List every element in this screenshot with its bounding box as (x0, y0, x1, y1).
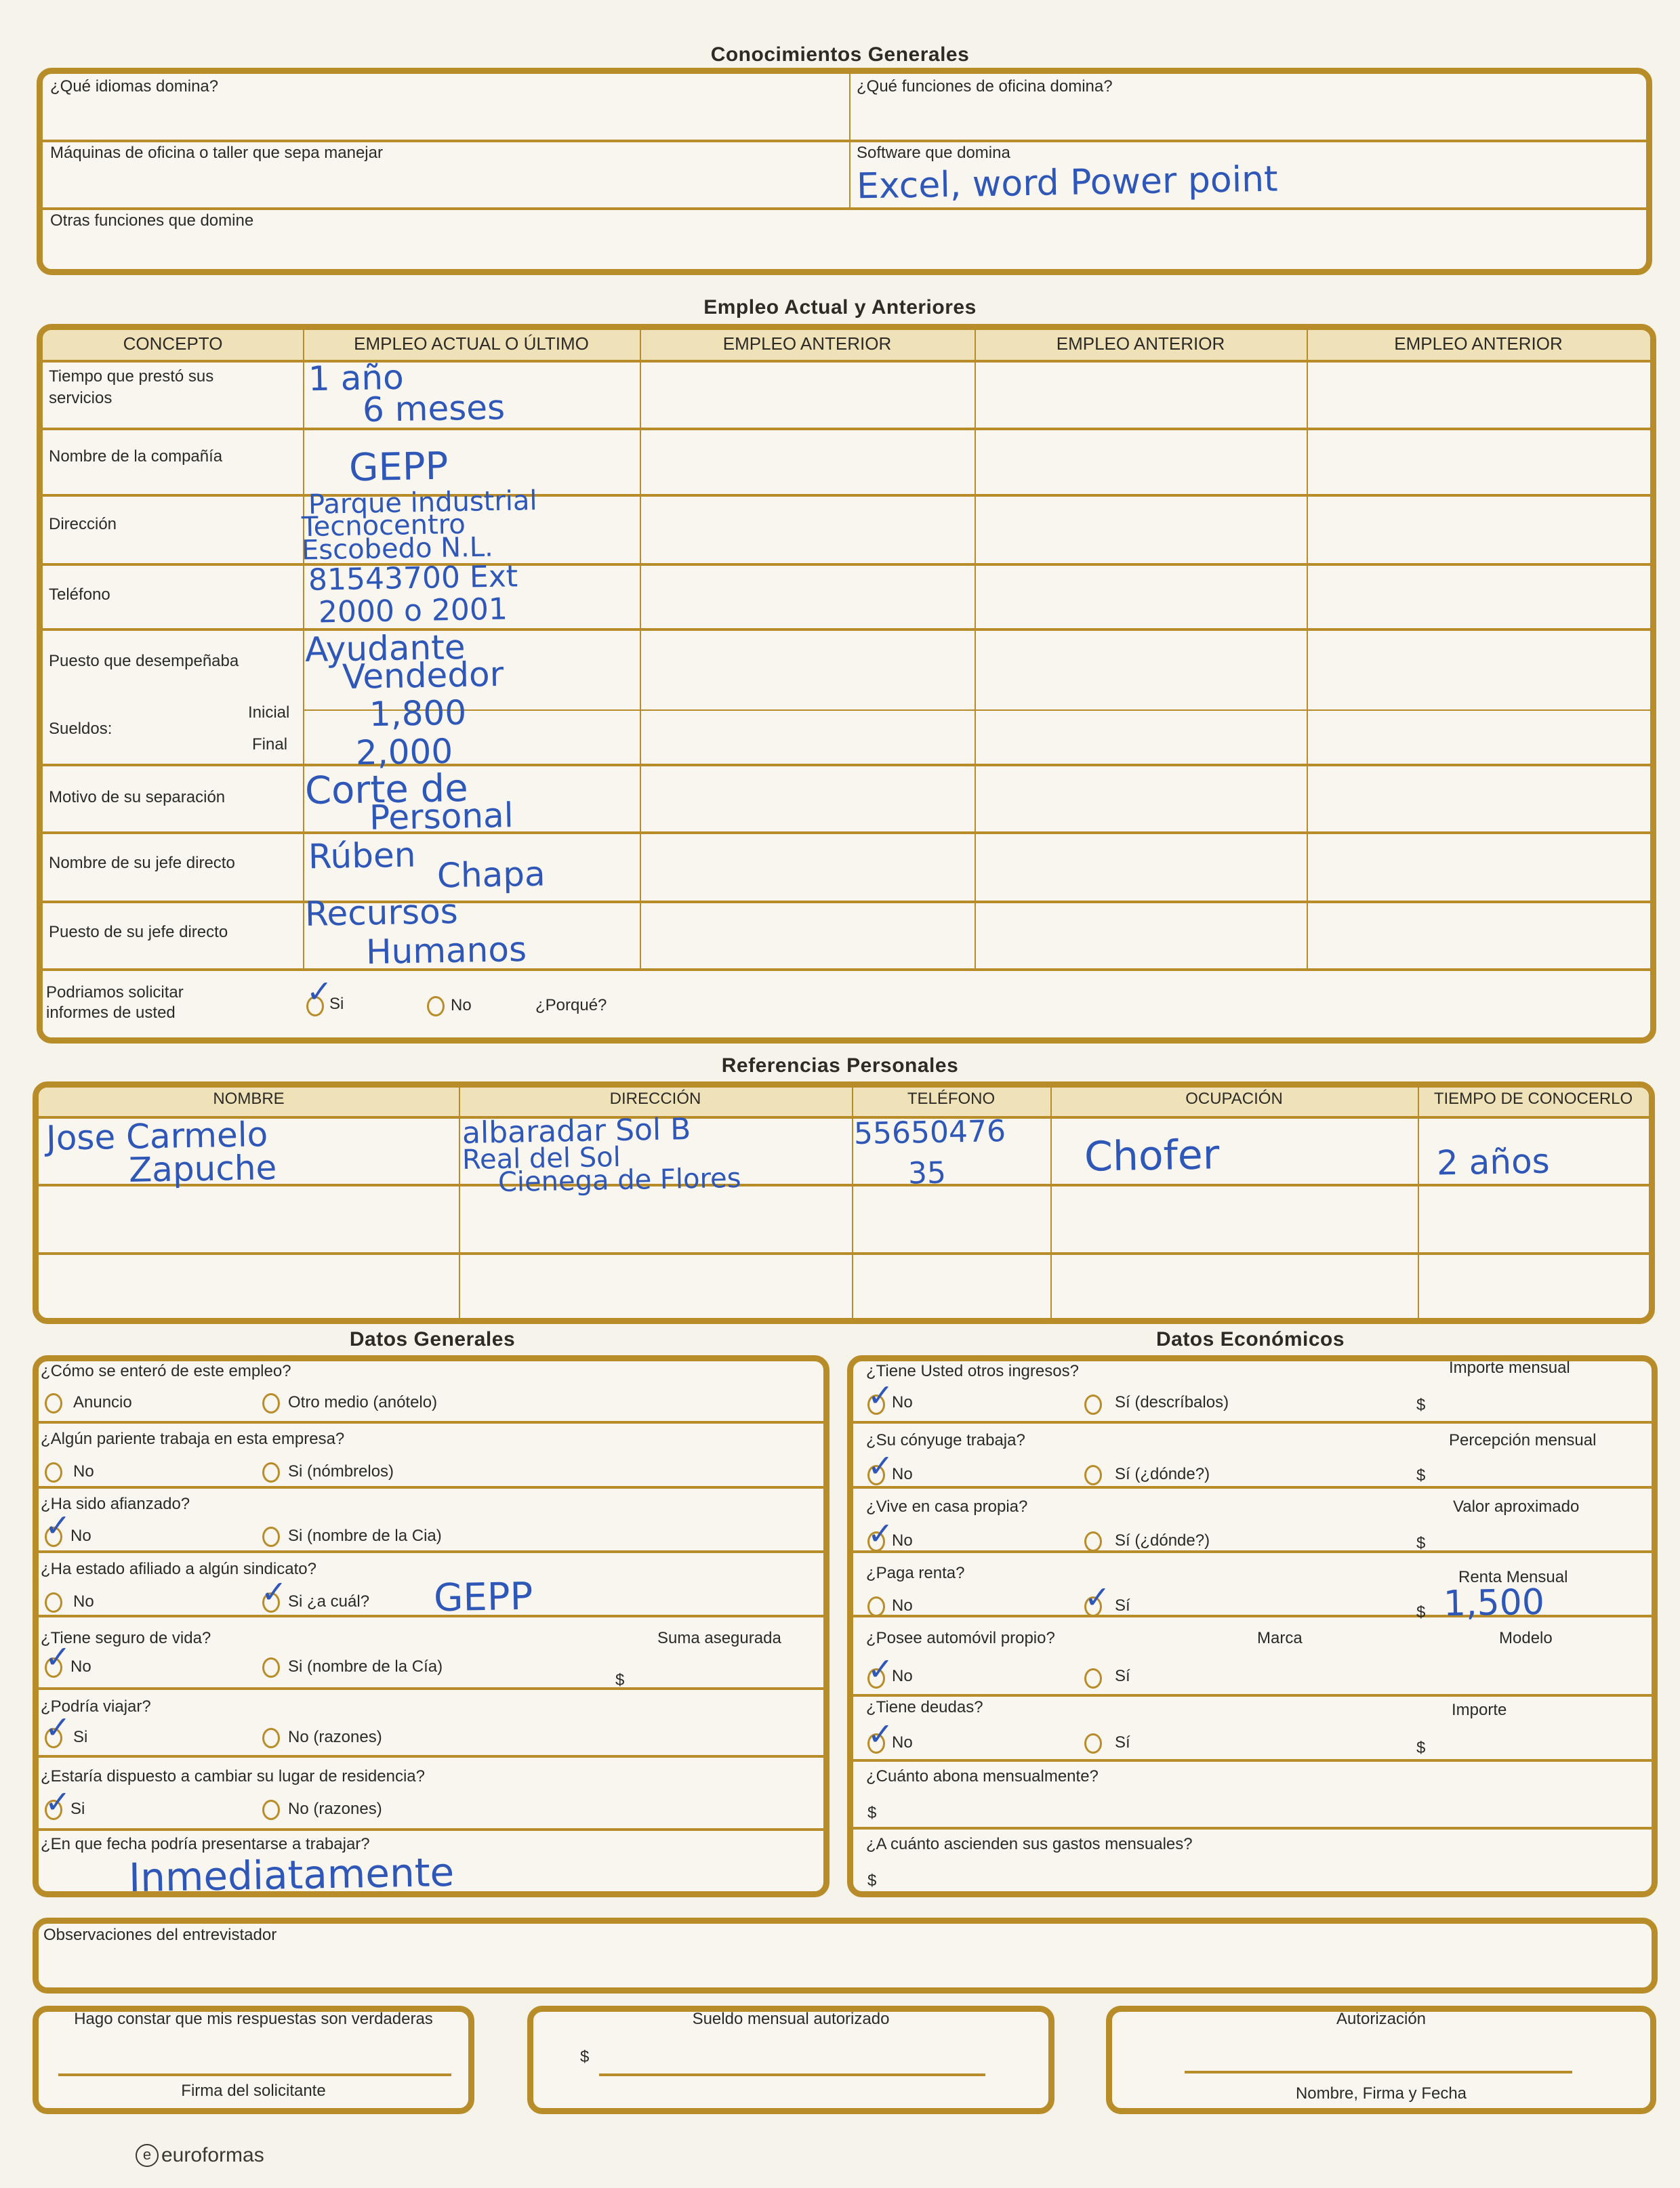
th-empleo-anterior-1: EMPLEO ANTERIOR (640, 333, 975, 354)
row-label-tiempo: Tiempo que prestó sus servicios (49, 366, 252, 409)
ref-1-telefono-line1[interactable]: 55650476 (854, 1117, 1006, 1149)
gen-q5-currency: $ (615, 1671, 624, 1690)
gen-q4-sindicato-value[interactable]: GEPP (434, 1578, 533, 1618)
otras-funciones-label: Otras funciones que domine (50, 211, 253, 230)
eco-q5-si-radio[interactable] (1084, 1668, 1102, 1689)
gen-q3-si-radio[interactable] (262, 1527, 280, 1547)
divider (42, 207, 1647, 210)
th-tiempo-conocerlo: TIEMPO DE CONOCERLO (1418, 1090, 1649, 1109)
eco-q8-label: ¿A cuánto ascienden sus gastos mensuales… (866, 1835, 1193, 1854)
eco-q5-si-label: Sí (1115, 1667, 1130, 1686)
ref-1-direccion-line3[interactable]: Cienega de Flores (498, 1165, 741, 1196)
euroformas-brand: euroformas (161, 2144, 264, 2167)
section-title-referencias: Referencias Personales (0, 1054, 1680, 1077)
divider (853, 1694, 1652, 1697)
gen-q3-no-check-icon: ✓ (45, 1510, 71, 1541)
gen-q6-si-check-icon: ✓ (45, 1712, 71, 1743)
eco-q6-no-label: No (892, 1733, 913, 1752)
eco-q5-marca-label: Marca (1257, 1629, 1303, 1648)
autorizacion-line (1185, 2071, 1572, 2073)
divider (853, 1486, 1652, 1489)
divider (39, 1687, 823, 1690)
divider (39, 1828, 823, 1831)
empleo-table (37, 324, 1656, 1044)
section-title-generales: Datos Generales (33, 1328, 832, 1351)
divider (853, 1421, 1652, 1424)
gen-q3-si-label: Si (nombre de la Cia) (288, 1527, 442, 1546)
sueldo-final-value[interactable]: 2,000 (356, 735, 453, 770)
firma-solicitante-line (58, 2073, 451, 2076)
eco-q6-si-label: Sí (1115, 1733, 1130, 1752)
divider (640, 330, 641, 970)
eco-q1-currency: $ (1416, 1396, 1425, 1415)
row-label-informes: Podriamos solicitar informes de usted (46, 983, 236, 1023)
divider (43, 968, 1650, 971)
eco-q3-no-label: No (892, 1531, 913, 1550)
divider (459, 1088, 460, 1318)
sueldo-autorizado-title: Sueldo mensual autorizado (527, 2010, 1054, 2029)
gen-q5-suma-label: Suma asegurada (657, 1629, 781, 1648)
idiomas-label: ¿Qué idiomas domina? (50, 77, 218, 96)
eco-q4-si-check-icon: ✓ (1084, 1582, 1111, 1613)
gen-q4-si-check-icon: ✓ (261, 1576, 287, 1607)
divider (43, 428, 1650, 430)
ref-1-ocupacion[interactable]: Chofer (1084, 1134, 1219, 1177)
row-label-telefono: Teléfono (49, 585, 110, 604)
gen-q1-otro-radio[interactable] (262, 1393, 280, 1413)
gen-q7-si-check-icon: ✓ (45, 1786, 71, 1817)
autorizacion-caption: Nombre, Firma y Fecha (1106, 2084, 1656, 2103)
eco-q2-percepcion-label: Percepción mensual (1449, 1431, 1596, 1450)
divider (39, 1252, 1649, 1255)
software-value[interactable]: Excel, word Power point (857, 162, 1278, 205)
divider (43, 494, 1650, 497)
eco-q5-modelo-label: Modelo (1499, 1629, 1553, 1648)
compania-value[interactable]: GEPP (349, 448, 449, 488)
software-label: Software que domina (857, 144, 1010, 163)
maquinas-label: Máquinas de oficina o taller que sepa ma… (50, 144, 383, 163)
eco-q6-currency: $ (1416, 1739, 1425, 1758)
gen-q4-no-label: No (73, 1592, 94, 1611)
divider (39, 1550, 823, 1553)
eco-q4-no-radio[interactable] (867, 1596, 885, 1617)
divider (43, 901, 1650, 903)
divider (853, 1827, 1652, 1830)
eco-q2-si-label: Sí (¿dónde?) (1115, 1465, 1210, 1484)
th-empleo-anterior-2: EMPLEO ANTERIOR (975, 333, 1307, 354)
firma-solicitante-caption: Firma del solicitante (33, 2082, 474, 2101)
eco-q4-label: ¿Paga renta? (866, 1564, 964, 1583)
informes-si-label: Si (329, 995, 344, 1014)
gen-q1-otro-label: Otro medio (anótelo) (288, 1393, 437, 1412)
divider (39, 1486, 823, 1489)
eco-q1-no-check-icon: ✓ (867, 1380, 894, 1411)
tiempo-line2[interactable]: 6 meses (363, 390, 506, 427)
gen-q4-no-radio[interactable] (45, 1592, 62, 1613)
ref-1-telefono-line2[interactable]: 35 (908, 1159, 947, 1189)
gen-q7-si-label: Si (70, 1800, 85, 1819)
divider (43, 831, 1650, 834)
eco-q1-label: ¿Tiene Usted otros ingresos? (866, 1362, 1079, 1381)
th-empleo-actual: EMPLEO ACTUAL O ÚLTIMO (303, 333, 640, 354)
gen-q7-no-radio[interactable] (262, 1800, 280, 1820)
gen-q8-fecha-value[interactable]: Inmediatamente (129, 1853, 455, 1897)
motivo-line2[interactable]: Personal (369, 798, 514, 835)
sueldo-final-label: Final (252, 735, 287, 754)
eco-q4-currency: $ (1416, 1603, 1425, 1622)
gen-q1-anuncio-radio[interactable] (45, 1393, 62, 1413)
gen-q2-label: ¿Algún pariente trabaja en esta empresa? (41, 1430, 344, 1449)
eco-q7-label: ¿Cuánto abona mensualmente? (866, 1767, 1099, 1786)
eco-q1-si-label: Sí (descríbalos) (1115, 1393, 1229, 1412)
eco-q4-si-label: Sí (1115, 1596, 1130, 1615)
divider (1307, 330, 1308, 970)
divider (39, 1755, 823, 1758)
eco-q5-no-label: No (892, 1667, 913, 1686)
row-label-motivo: Motivo de su separación (49, 788, 225, 807)
row-label-sueldos: Sueldos: (49, 720, 112, 739)
sueldo-inicial-value[interactable]: 1,800 (369, 696, 467, 731)
divider (43, 764, 1650, 766)
informes-no-label: No (451, 996, 472, 1015)
divider (39, 1116, 1649, 1119)
gen-q6-no-radio[interactable] (262, 1728, 280, 1748)
eco-q3-currency: $ (1416, 1534, 1425, 1553)
gen-q1-anuncio-label: Anuncio (73, 1393, 132, 1412)
divider (39, 1184, 1649, 1186)
eco-q2-no-label: No (892, 1465, 913, 1484)
informes-si-check-icon: ✓ (306, 976, 333, 1007)
eco-q6-importe-label: Importe (1452, 1701, 1507, 1720)
divider (43, 628, 1650, 631)
th-direccion: DIRECCIÓN (459, 1090, 852, 1109)
gen-q5-si-label: Si (nombre de la Cía) (288, 1657, 443, 1676)
th-ocupacion: OCUPACIÓN (1050, 1090, 1418, 1109)
divider (42, 140, 1647, 142)
eco-q3-si-radio[interactable] (1084, 1531, 1102, 1552)
eco-q3-no-check-icon: ✓ (867, 1518, 894, 1549)
eco-q4-no-label: No (892, 1596, 913, 1615)
sueldo-inicial-label: Inicial (248, 703, 289, 722)
ref-1-nombre-line2[interactable]: Zapuche (129, 1151, 277, 1187)
eco-q4-renta-value[interactable]: 1,500 (1443, 1585, 1545, 1622)
gen-q2-si-radio[interactable] (262, 1462, 280, 1483)
telefono-line2[interactable]: 2000 o 2001 (319, 595, 508, 628)
section-title-conocimientos: Conocimientos Generales (0, 43, 1680, 66)
gen-q2-no-label: No (73, 1462, 94, 1481)
divider (303, 709, 1650, 711)
divider (303, 330, 304, 970)
eco-q2-no-check-icon: ✓ (867, 1450, 894, 1481)
eco-q8-currency[interactable]: $ (867, 1872, 876, 1891)
row-label-jefe: Nombre de su jefe directo (49, 854, 235, 873)
gen-q2-no-radio[interactable] (45, 1462, 62, 1483)
firma-solicitante-title: Hago constar que mis respuestas son verd… (33, 2010, 474, 2029)
informes-porque-label: ¿Porqué? (535, 996, 607, 1015)
eco-q1-importe-label: Importe mensual (1449, 1359, 1570, 1378)
divider (853, 1550, 1652, 1553)
eco-q1-no-label: No (892, 1393, 913, 1412)
divider (39, 1615, 823, 1617)
gen-q6-si-label: Si (73, 1728, 87, 1747)
divider (852, 1088, 853, 1318)
sueldo-autorizado-currency: $ (580, 2048, 589, 2067)
gen-q6-no-label: No (razones) (288, 1728, 382, 1747)
th-concepto: CONCEPTO (43, 333, 303, 354)
divider (975, 330, 976, 970)
gen-q4-si-label: Si ¿a cuál? (288, 1592, 369, 1611)
row-label-puesto: Puesto que desempeñaba (49, 652, 239, 671)
sueldo-autorizado-line (599, 2073, 985, 2076)
autorizacion-title: Autorización (1106, 2010, 1656, 2029)
divider (43, 563, 1650, 566)
row-label-compania: Nombre de la compañía (49, 447, 222, 466)
eco-q3-valor-label: Valor aproximado (1453, 1498, 1579, 1516)
eco-q6-si-radio[interactable] (1084, 1733, 1102, 1754)
row-label-direccion: Dirección (49, 515, 117, 534)
telefono-line1[interactable]: 81543700 Ext (308, 562, 518, 595)
th-telefono: TELÉFONO (852, 1090, 1050, 1109)
eco-q3-si-label: Sí (¿dónde?) (1115, 1531, 1210, 1550)
euroformas-logo-icon: e (136, 2144, 159, 2167)
eco-q7-currency[interactable]: $ (867, 1804, 876, 1823)
gen-q5-si-radio[interactable] (262, 1657, 280, 1678)
eco-q1-si-radio[interactable] (1084, 1395, 1102, 1415)
eco-q2-label: ¿Su cónyuge trabaja? (866, 1431, 1025, 1450)
puesto-jefe-line1[interactable]: Recursos (305, 894, 459, 931)
funciones-oficina-label: ¿Qué funciones de oficina domina? (857, 77, 1113, 96)
divider (39, 1421, 823, 1424)
divider (1418, 1088, 1419, 1318)
th-nombre: NOMBRE (39, 1090, 459, 1109)
euroformas-logo: e euroformas (136, 2144, 264, 2167)
section-title-empleo: Empleo Actual y Anteriores (0, 296, 1680, 319)
divider (43, 360, 1650, 363)
divider (1050, 1088, 1052, 1318)
section-title-economicos: Datos Económicos (847, 1328, 1654, 1351)
conocimientos-box (37, 68, 1652, 275)
eco-q6-label: ¿Tiene deudas? (866, 1698, 983, 1717)
jefe-line2[interactable]: Chapa (437, 857, 546, 893)
gen-q3-no-label: No (70, 1527, 91, 1546)
jefe-line1[interactable]: Rúben (308, 838, 416, 874)
gen-q5-no-label: No (70, 1657, 91, 1676)
th-empleo-anterior-3: EMPLEO ANTERIOR (1307, 333, 1650, 354)
eco-q2-si-radio[interactable] (1084, 1465, 1102, 1485)
puesto-line2[interactable]: Vendedor (342, 657, 504, 694)
gen-q7-label: ¿Estaría dispuesto a cambiar su lugar de… (41, 1767, 425, 1786)
eco-q2-currency: $ (1416, 1466, 1425, 1485)
gen-q7-no-label: No (razones) (288, 1800, 382, 1819)
eco-q5-no-check-icon: ✓ (867, 1653, 894, 1685)
gen-q5-no-check-icon: ✓ (45, 1641, 71, 1672)
puesto-jefe-line2[interactable]: Humanos (366, 932, 527, 969)
informes-no-radio[interactable] (427, 996, 445, 1016)
divider (853, 1759, 1652, 1762)
eco-q3-label: ¿Vive en casa propia? (866, 1498, 1027, 1516)
gen-q1-label: ¿Cómo se enteró de este empleo? (41, 1362, 291, 1381)
eco-q5-label: ¿Posee automóvil propio? (866, 1629, 1055, 1648)
gen-q2-si-label: Si (nómbrelos) (288, 1462, 394, 1481)
row-label-puesto-jefe: Puesto de su jefe directo (49, 923, 228, 942)
observaciones-label: Observaciones del entrevistador (43, 1926, 276, 1945)
eco-q6-no-check-icon: ✓ (867, 1718, 894, 1750)
ref-1-tiempo[interactable]: 2 años (1437, 1144, 1551, 1180)
